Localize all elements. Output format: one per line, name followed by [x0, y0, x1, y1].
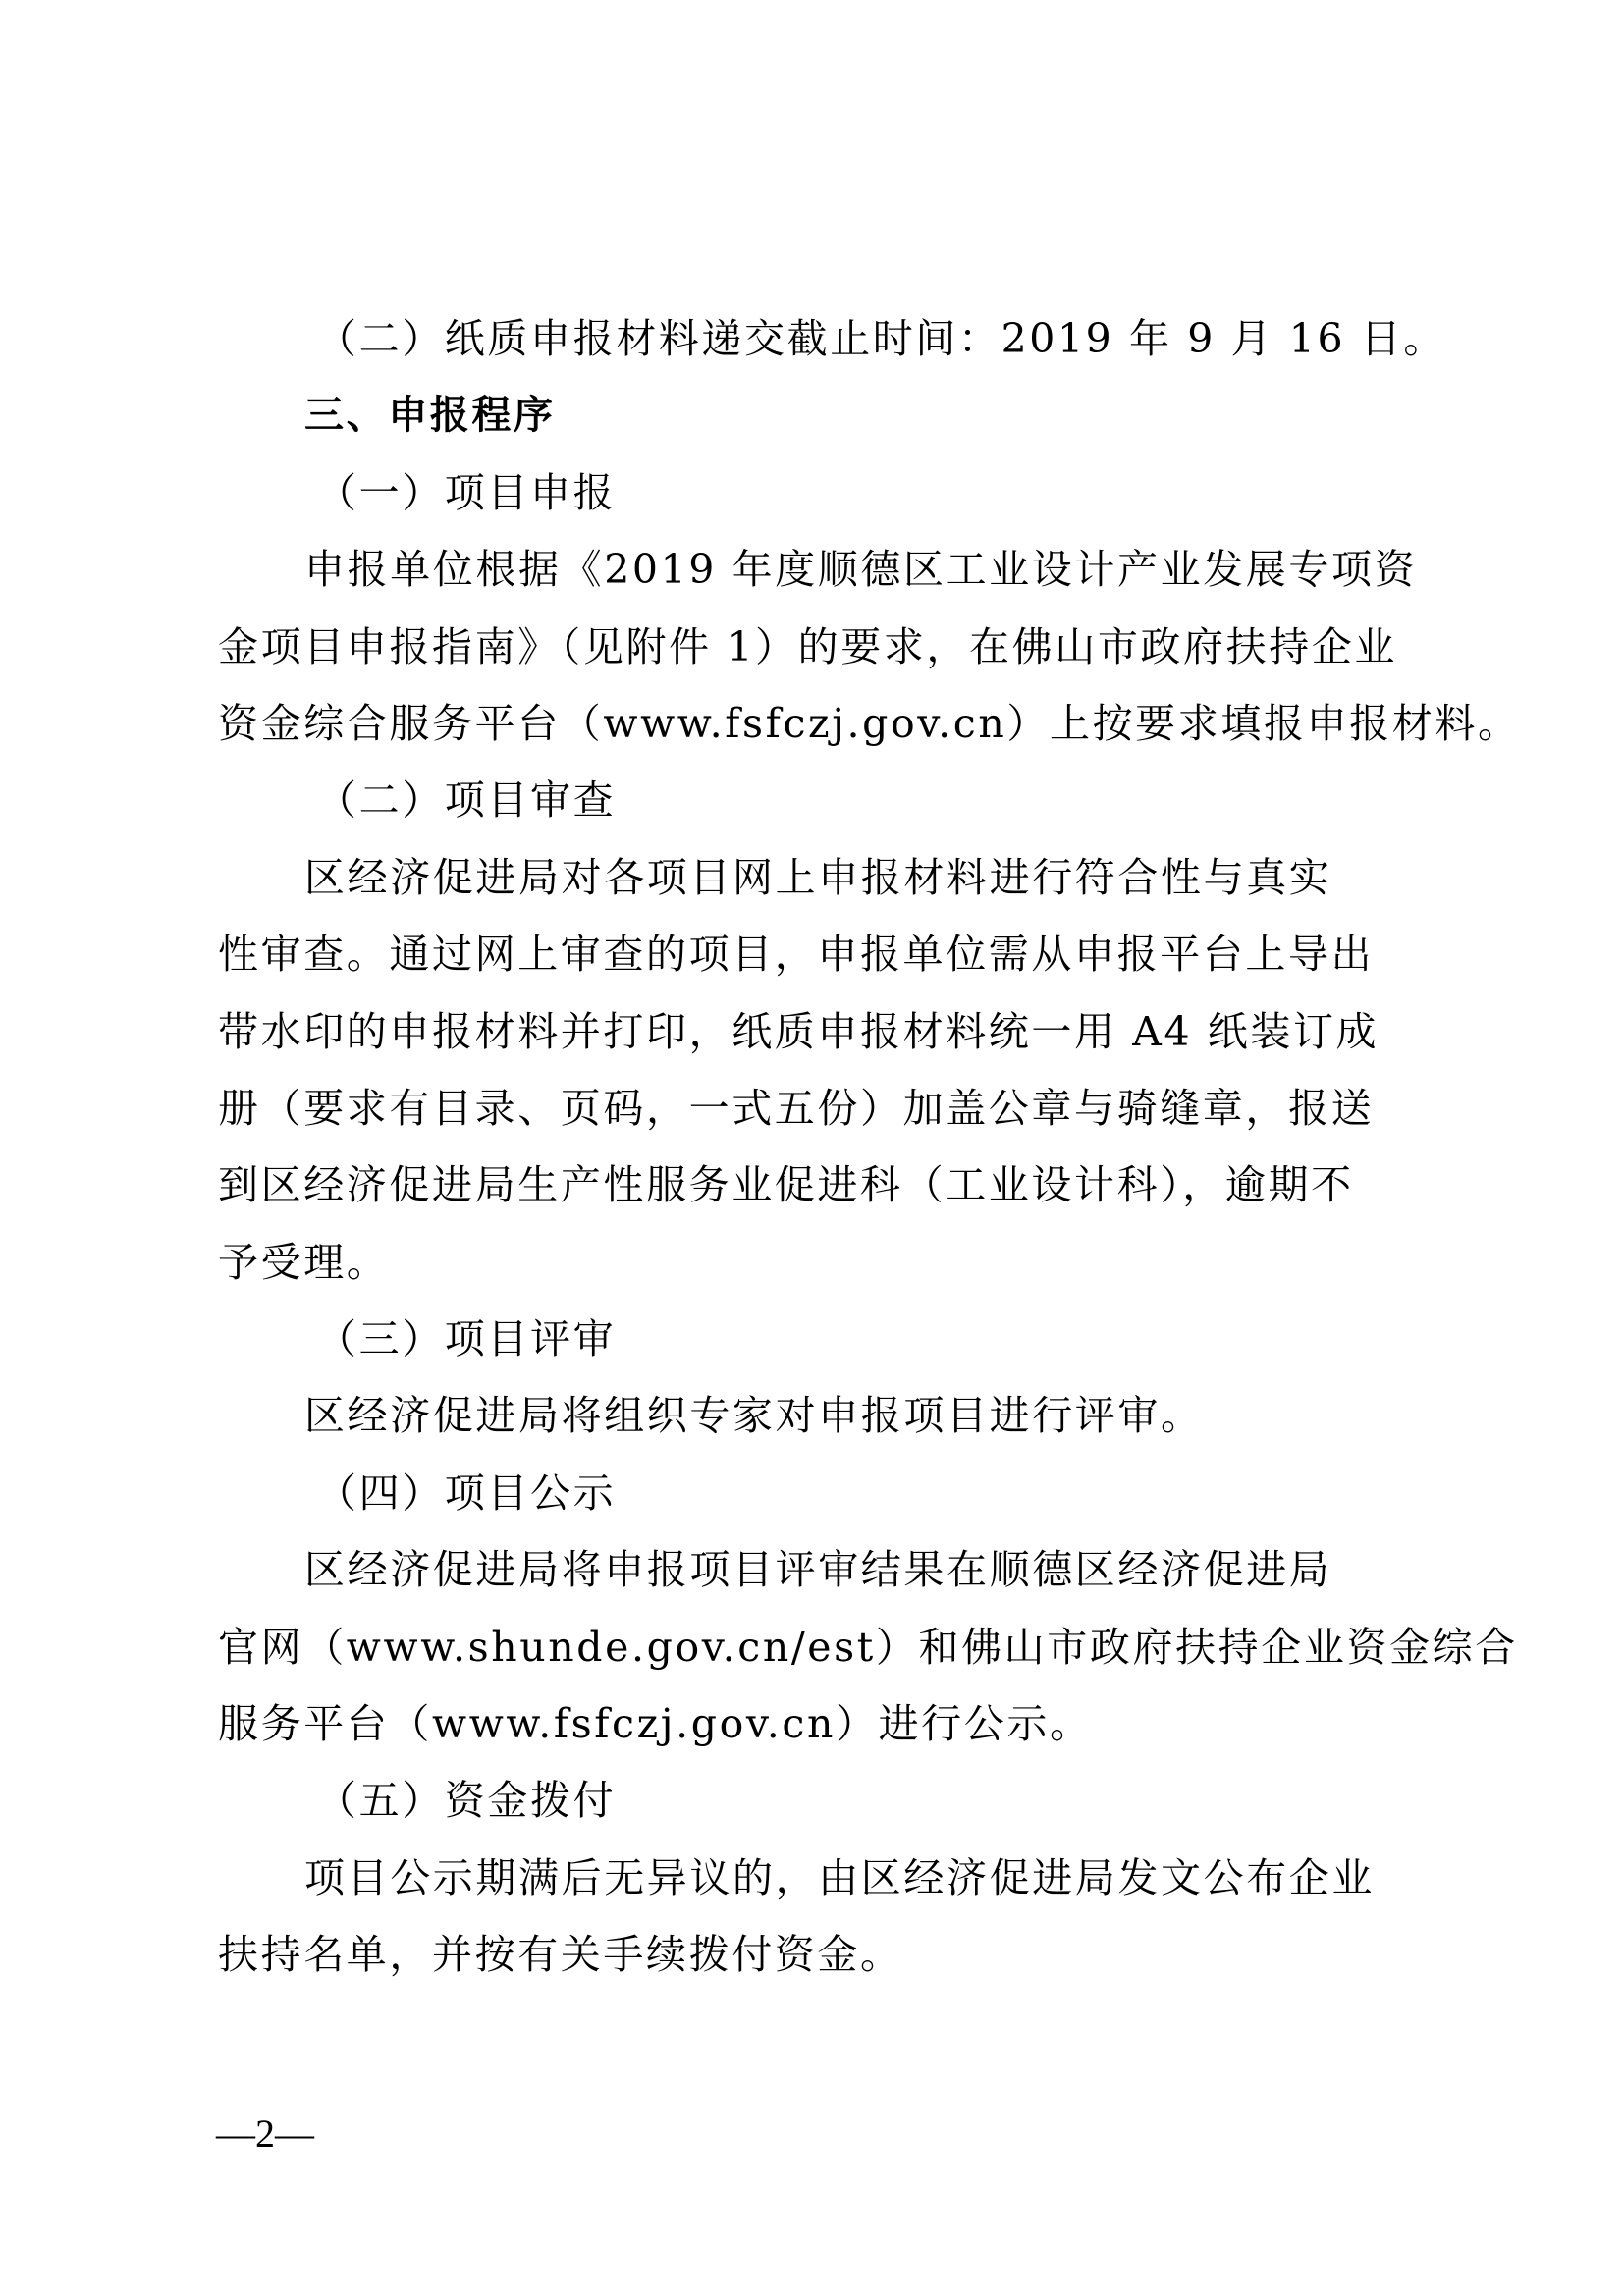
- paragraph-deadline-paper: （二）纸质申报材料递交截止时间：2019 年 9 月 16 日。: [218, 312, 1432, 389]
- paragraph-line: 区经济促进局将申报项目评审结果在顺德区经济促进局: [218, 1543, 1432, 1620]
- paragraph-line: 予受理。: [218, 1236, 1432, 1312]
- paragraph-line: 册（要求有目录、页码，一式五份）加盖公章与骑缝章，报送: [218, 1082, 1432, 1158]
- subheading-publicity: （四）项目公示: [218, 1467, 1432, 1543]
- subheading-application: （一）项目申报: [218, 466, 1432, 543]
- document-page: （二）纸质申报材料递交截止时间：2019 年 9 月 16 日。 三、申报程序 …: [0, 0, 1624, 2296]
- document-body: （二）纸质申报材料递交截止时间：2019 年 9 月 16 日。 三、申报程序 …: [218, 312, 1432, 2005]
- paragraph-line: 带水印的申报材料并打印，纸质申报材料统一用 A4 纸装订成: [218, 1005, 1432, 1082]
- paragraph-line: 扶持名单，并按有关手续拨付资金。: [218, 1928, 1432, 2004]
- paragraph-line: 到区经济促进局生产性服务业促进科（工业设计科），逾期不: [218, 1158, 1432, 1235]
- paragraph-line: 申报单位根据《2019 年度顺德区工业设计产业发展专项资: [218, 543, 1432, 619]
- paragraph-line: 区经济促进局对各项目网上申报材料进行符合性与真实: [218, 851, 1432, 928]
- subheading-funding: （五）资金拨付: [218, 1774, 1432, 1850]
- paragraph-line: 资金综合服务平台（www.fsfczj.gov.cn）上按要求填报申报材料。: [218, 697, 1432, 774]
- paragraph-line: 金项目申报指南》（见附件 1）的要求，在佛山市政府扶持企业: [218, 620, 1432, 697]
- paragraph-line: 官网（www.shunde.gov.cn/est）和佛山市政府扶持企业资金综合: [218, 1621, 1432, 1697]
- section-heading-procedure: 三、申报程序: [218, 389, 1432, 465]
- subheading-evaluation: （三）项目评审: [218, 1312, 1432, 1389]
- paragraph-line: 区经济促进局将组织专家对申报项目进行评审。: [218, 1389, 1432, 1466]
- subheading-review: （二）项目审查: [218, 774, 1432, 850]
- page-number: —2—: [216, 2112, 314, 2156]
- paragraph-line: 项目公示期满后无异议的，由区经济促进局发文公布企业: [218, 1851, 1432, 1928]
- paragraph-line: 服务平台（www.fsfczj.gov.cn）进行公示。: [218, 1697, 1432, 1774]
- paragraph-line: 性审查。通过网上审查的项目，申报单位需从申报平台上导出: [218, 928, 1432, 1004]
